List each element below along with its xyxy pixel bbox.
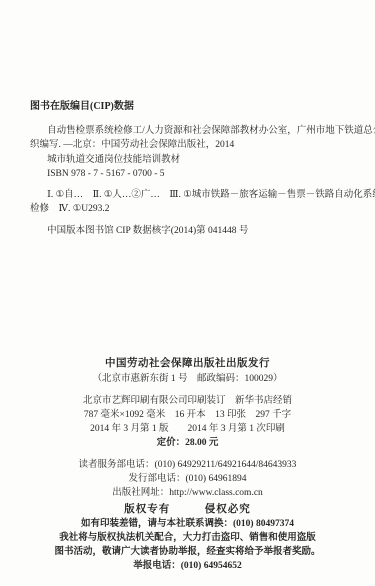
copyright-notice: 版权专有 侵权必究 [0,503,375,517]
isbn-line: ISBN 978 - 7 - 5167 - 0700 - 5 [30,167,359,182]
classification-line2: 检修 Ⅳ. ①U293.2 [30,202,359,217]
distribution-phone: 发行部电话：(010) 64961894 [0,472,375,486]
reader-service-phone: 读者服务部电话：(010) 64929211/64921644/84643933 [0,458,375,472]
contact-block: 读者服务部电话：(010) 64929211/64921644/84643933… [0,458,375,500]
classification-line1: Ⅰ. ①自… Ⅱ. ①人…②广… Ⅲ. ①城市铁路－旅客运输－售票－铁路自动化系… [30,188,359,203]
report-phone: 举报电话：(010) 64954652 [0,559,375,573]
cip-data-block: 图书在版编目(CIP)数据 自动售检票系统检修工/人力资源和社会保障部教材办公室… [30,100,359,238]
copyright-block: 版权专有 侵权必究 如有印装差错，请与本社联系调换：(010) 80497374… [0,503,375,573]
price-line: 定价：28.00 元 [0,436,375,450]
cip-heading: 图书在版编目(CIP)数据 [30,100,359,115]
warning-line1: 我社将与版权执法机关配合，大力打击盗印、销售和使用盗版 [0,531,375,545]
printer-line: 北京市艺辉印刷有限公司印刷装订 新华书店经销 [0,394,375,408]
cip-record-number: 中国版本图书馆 CIP 数据核字(2014)第 041448 号 [30,224,359,239]
cip-entry-line2: 织编写. —北京：中国劳动社会保障出版社，2014 [30,138,359,153]
publisher-website: 出版社网址：http://www.class.com.cn [0,486,375,500]
format-line: 787 毫米×1092 毫米 16 开本 13 印张 297 千字 [0,408,375,422]
warning-line2: 图书活动，敬请广大读者协助举报，经查实将给予举报者奖励。 [0,545,375,559]
series-title: 城市轨道交通岗位技能培训教材 [30,153,359,168]
cip-entry-line1: 自动售检票系统检修工/人力资源和社会保障部教材办公室，广州市地下铁道总公司组 [30,124,359,139]
printing-info-block: 北京市艺辉印刷有限公司印刷装订 新华书店经销 787 毫米×1092 毫米 16… [0,394,375,450]
edition-line: 2014 年 3 月第 1 版 2014 年 3 月第 1 次印刷 [0,422,375,436]
copyright-page: 图书在版编目(CIP)数据 自动售检票系统检修工/人力资源和社会保障部教材办公室… [0,0,375,586]
colophon-block: 中国劳动社会保障出版社出版发行 （北京市惠新东街 1 号 邮政编码：100029… [0,357,375,573]
publisher-address: （北京市惠新东街 1 号 邮政编码：100029） [0,372,375,386]
publisher-name: 中国劳动社会保障出版社出版发行 [0,357,375,371]
exchange-line: 如有印装差错，请与本社联系调换：(010) 80497374 [0,517,375,531]
